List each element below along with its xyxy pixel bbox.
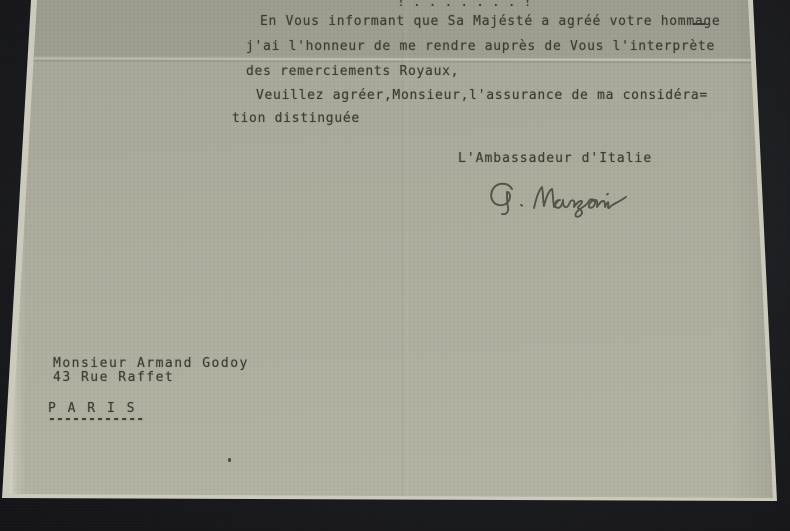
body-line-1: En Vous informant que Sa Majésté a agréé… <box>260 14 720 30</box>
signature-surname <box>534 187 626 217</box>
signature-handwriting: G. Manzoni <box>486 177 664 225</box>
signature-initial-dot <box>521 205 522 206</box>
letter-paper: !.......! En Vous informant que Sa Majés… <box>0 0 790 531</box>
cutoff-text-line: !.......! <box>397 0 597 6</box>
signature-initial-G <box>491 184 512 214</box>
recipient-city-underline: ------------ <box>48 412 144 428</box>
body-line-5: tion distinguée <box>232 111 360 127</box>
ink-speck <box>228 458 231 462</box>
cutoff-text-fragment: !.......! <box>397 0 539 6</box>
body-line-1-pre: En Vous informant que Sa Majésté a agréé… <box>260 14 695 29</box>
paper-left-edge-highlight <box>0 0 26 531</box>
recipient-street-line: 43 Rue Raffet <box>53 370 174 386</box>
body-line-2: j'ai l'honneur de me rendre auprès de Vo… <box>246 39 715 55</box>
body-line-3: des remerciements Royaux, <box>246 64 459 80</box>
signature-i-dot <box>607 194 608 195</box>
paper-right-edge-shadow <box>730 0 790 531</box>
body-line-1-struck-char: a <box>695 14 704 30</box>
closing-line: L'Ambassadeur d'Italie <box>458 151 652 167</box>
body-line-4: Veuillez agréer,Monsieur,l'assurance de … <box>256 88 708 104</box>
body-line-1-post: ge <box>703 14 720 29</box>
letter-photograph: !.......! En Vous informant que Sa Majés… <box>0 0 790 531</box>
